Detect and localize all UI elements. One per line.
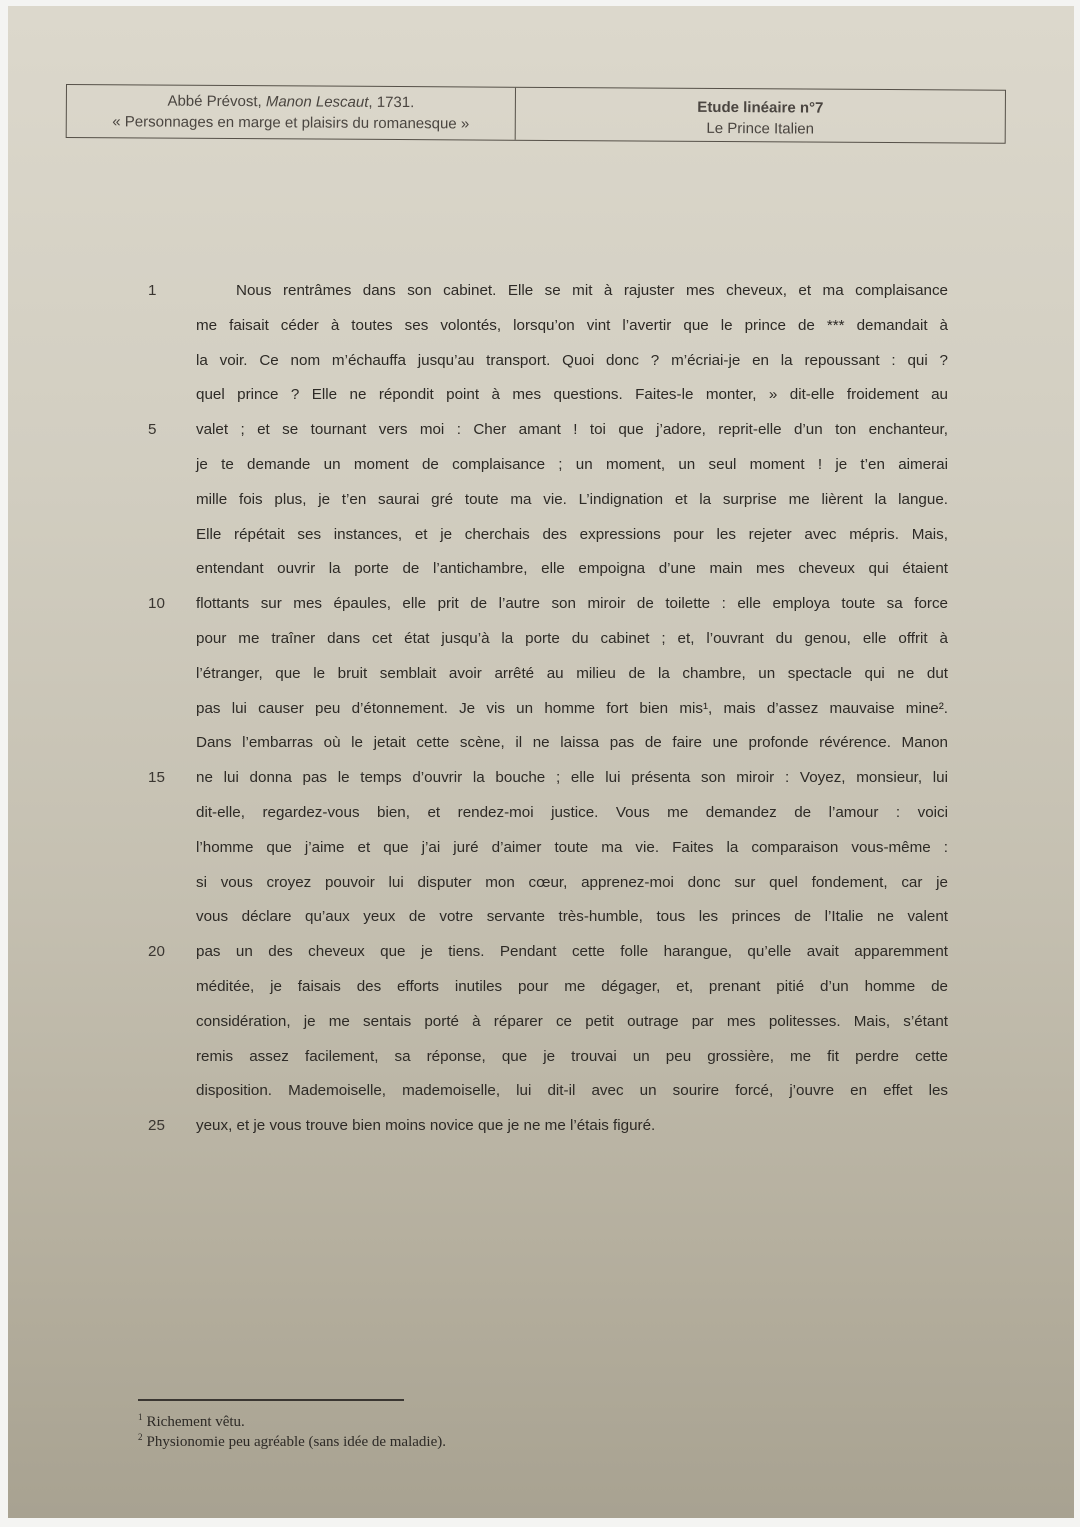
- line-text: je te demande un moment de complaisance …: [196, 448, 948, 483]
- text-line: méditée, je faisais des efforts inutiles…: [148, 970, 948, 1005]
- line-number: 20: [148, 935, 178, 970]
- text-line: vous déclare qu’aux yeux de votre servan…: [148, 900, 948, 935]
- text-line: pour me traîner dans cet état jusqu’à la…: [148, 622, 948, 657]
- text-line: Elle répétait ses instances, et je cherc…: [148, 518, 948, 553]
- line-number: 25: [148, 1109, 178, 1144]
- text-line: quel prince ? Elle ne répondit point à m…: [148, 378, 948, 413]
- line-text: ne lui donna pas le temps d’ouvrir la bo…: [196, 761, 948, 796]
- line-text: mille fois plus, je t’en saurai gré tout…: [196, 483, 948, 518]
- line-text: disposition. Mademoiselle, mademoiselle,…: [196, 1074, 948, 1109]
- text-line: l’homme que j’aime et que j’ai juré d’ai…: [148, 831, 948, 866]
- header-work-title: Manon Lescaut: [266, 93, 369, 111]
- footnotes: 1Richement vêtu.2Physionomie peu agréabl…: [138, 1412, 446, 1452]
- line-text: l’étranger, que le bruit semblait avoir …: [196, 657, 948, 692]
- line-text: entendant ouvrir la porte de l’antichamb…: [196, 552, 948, 587]
- line-text: l’homme que j’aime et que j’ai juré d’ai…: [196, 831, 948, 866]
- text-line: considération, je me sentais porté à rép…: [148, 1005, 948, 1040]
- header-author: Abbé Prévost,: [167, 93, 265, 111]
- text-line: l’étranger, que le bruit semblait avoir …: [148, 657, 948, 692]
- line-text: quel prince ? Elle ne répondit point à m…: [196, 378, 948, 413]
- line-text: pas lui causer peu d’étonnement. Je vis …: [196, 692, 948, 727]
- header-study-cell: Etude linéaire n°7 Le Prince Italien: [516, 88, 1005, 143]
- text-line: pas lui causer peu d’étonnement. Je vis …: [148, 692, 948, 727]
- footnote-item: 2Physionomie peu agréable (sans idée de …: [138, 1432, 446, 1452]
- text-line: je te demande un moment de complaisance …: [148, 448, 948, 483]
- header-author-line: Abbé Prévost, Manon Lescaut, 1731.: [167, 91, 414, 114]
- text-line: dit-elle, regardez-vous bien, et rendez-…: [148, 796, 948, 831]
- header-theme: « Personnages en marge et plaisirs du ro…: [112, 111, 469, 134]
- line-text: Dans l’embarras où le jetait cette scène…: [196, 726, 948, 761]
- text-line: 20pas un des cheveux que je tiens. Penda…: [148, 935, 948, 970]
- text-line: 25yeux, et je vous trouve bien moins nov…: [148, 1109, 948, 1144]
- line-text: méditée, je faisais des efforts inutiles…: [196, 970, 948, 1005]
- text-line: mille fois plus, je t’en saurai gré tout…: [148, 483, 948, 518]
- footnote-divider: [138, 1399, 404, 1401]
- text-line: remis assez facilement, sa réponse, que …: [148, 1040, 948, 1075]
- text-line: entendant ouvrir la porte de l’antichamb…: [148, 552, 948, 587]
- text-line: 1Nous rentrâmes dans son cabinet. Elle s…: [148, 274, 948, 309]
- header-source-cell: Abbé Prévost, Manon Lescaut, 1731. « Per…: [67, 85, 516, 140]
- document-page: Abbé Prévost, Manon Lescaut, 1731. « Per…: [8, 6, 1074, 1518]
- text-line: la voir. Ce nom m’échauffa jusqu’au tran…: [148, 344, 948, 379]
- line-text: flottants sur mes épaules, elle prit de …: [196, 587, 948, 622]
- header-study-number: Etude linéaire n°7: [697, 97, 823, 119]
- text-line: me faisait céder à toutes ses volontés, …: [148, 309, 948, 344]
- line-text: pas un des cheveux que je tiens. Pendant…: [196, 935, 948, 970]
- text-line: disposition. Mademoiselle, mademoiselle,…: [148, 1074, 948, 1109]
- line-number: 5: [148, 413, 178, 448]
- line-text: la voir. Ce nom m’échauffa jusqu’au tran…: [196, 344, 948, 379]
- text-line: si vous croyez pouvoir lui disputer mon …: [148, 866, 948, 901]
- line-text: pour me traîner dans cet état jusqu’à la…: [196, 622, 948, 657]
- line-text: considération, je me sentais porté à rép…: [196, 1005, 948, 1040]
- line-number: 1: [148, 274, 178, 309]
- text-line: Dans l’embarras où le jetait cette scène…: [148, 726, 948, 761]
- line-text: valet ; et se tournant vers moi : Cher a…: [196, 413, 948, 448]
- line-text: me faisait céder à toutes ses volontés, …: [196, 309, 948, 344]
- footnote-item: 1Richement vêtu.: [138, 1412, 446, 1432]
- line-text: Nous rentrâmes dans son cabinet. Elle se…: [196, 274, 948, 309]
- line-text: si vous croyez pouvoir lui disputer mon …: [196, 866, 948, 901]
- line-text: remis assez facilement, sa réponse, que …: [196, 1040, 948, 1075]
- footnote-mark: 1: [138, 1412, 143, 1422]
- header-year: , 1731.: [368, 94, 414, 111]
- excerpt-text: 1Nous rentrâmes dans son cabinet. Elle s…: [148, 274, 948, 1144]
- text-line: 10flottants sur mes épaules, elle prit d…: [148, 587, 948, 622]
- footnote-mark: 2: [138, 1432, 143, 1442]
- line-text: Elle répétait ses instances, et je cherc…: [196, 518, 948, 553]
- line-text: vous déclare qu’aux yeux de votre servan…: [196, 900, 948, 935]
- text-line: 5valet ; et se tournant vers moi : Cher …: [148, 413, 948, 448]
- line-number: 10: [148, 587, 178, 622]
- text-line: 15ne lui donna pas le temps d’ouvrir la …: [148, 761, 948, 796]
- footnote-text: Richement vêtu.: [147, 1414, 245, 1430]
- line-text: yeux, et je vous trouve bien moins novic…: [196, 1109, 948, 1144]
- footnote-text: Physionomie peu agréable (sans idée de m…: [147, 1434, 446, 1450]
- line-number: 15: [148, 761, 178, 796]
- line-text: dit-elle, regardez-vous bien, et rendez-…: [196, 796, 948, 831]
- header-study-title: Le Prince Italien: [706, 118, 814, 140]
- header-box: Abbé Prévost, Manon Lescaut, 1731. « Per…: [66, 84, 1006, 144]
